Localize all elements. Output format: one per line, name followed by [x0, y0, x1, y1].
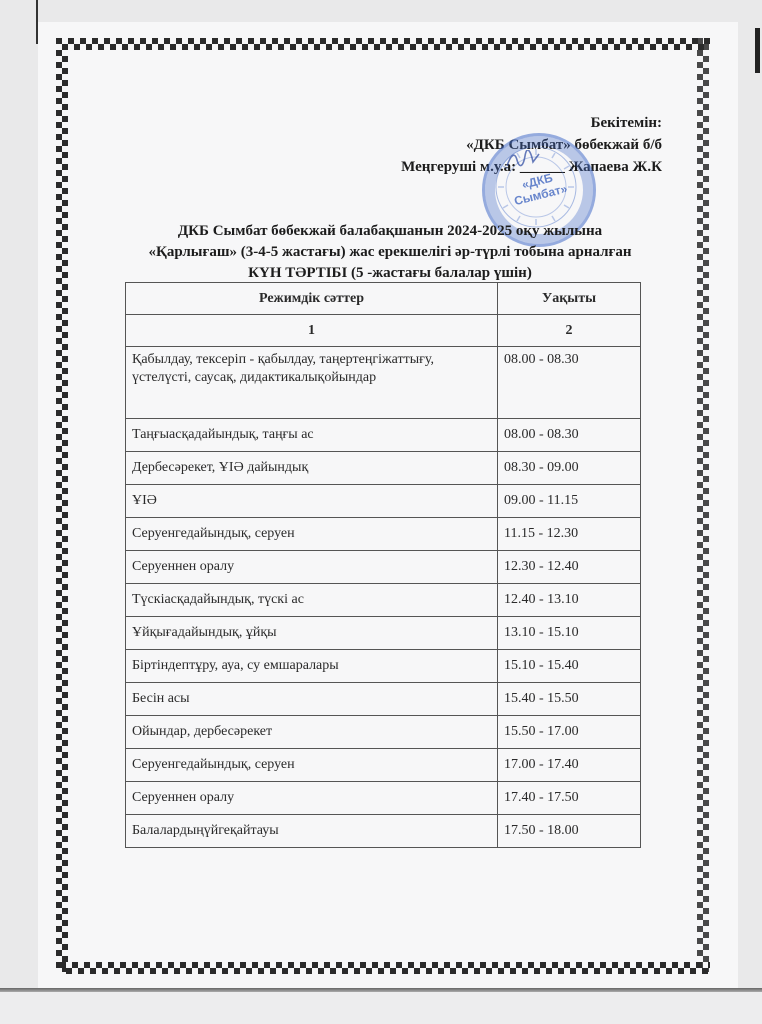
- activity-cell: Серуенгедайындық, серуен: [126, 518, 498, 551]
- activity-cell: Балалардыңүйгеқайтауы: [126, 815, 498, 848]
- scan-edge-left: [36, 0, 38, 44]
- table-row: Таңғыасқадайындық, таңғы ас08.00 - 08.30: [126, 419, 641, 452]
- table-row: Түскіасқадайындық, түскі ас12.40 - 13.10: [126, 584, 641, 617]
- table-row: Серуенгедайындық, серуен11.15 - 12.30: [126, 518, 641, 551]
- time-cell: 15.10 - 15.40: [498, 650, 641, 683]
- document-title: ДКБ Сымбат бөбекжай балабақшанын 2024-20…: [100, 221, 680, 284]
- checkered-border-bottom: [60, 962, 710, 974]
- checkered-border-left: [56, 38, 68, 972]
- title-line-3: КҮН ТӘРТІБІ (5 -жастағы балалар үшін): [100, 263, 680, 284]
- table-row: Серуеннен оралу12.30 - 12.40: [126, 551, 641, 584]
- scan-edge-right: [755, 28, 760, 73]
- checkered-border-top: [56, 38, 710, 50]
- time-cell: 08.00 - 08.30: [498, 419, 641, 452]
- activity-cell: Ұйқығадайындық, ұйқы: [126, 617, 498, 650]
- activity-cell: Серуеннен оралу: [126, 551, 498, 584]
- time-cell: 08.30 - 09.00: [498, 452, 641, 485]
- table-header-row: Режимдік сәттер Уақыты: [126, 283, 641, 315]
- table-row: ҰІӘ09.00 - 11.15: [126, 485, 641, 518]
- title-line-1: ДКБ Сымбат бөбекжай балабақшанын 2024-20…: [100, 221, 680, 242]
- table-row: Балалардыңүйгеқайтауы17.50 - 18.00: [126, 815, 641, 848]
- column-number-2: 2: [498, 315, 641, 347]
- activity-cell: Біртіндептұру, ауа, су емшаралары: [126, 650, 498, 683]
- activity-cell: Дербесәрекет, ҰІӘ дайындық: [126, 452, 498, 485]
- activity-cell: Бесін асы: [126, 683, 498, 716]
- activity-cell: ҰІӘ: [126, 485, 498, 518]
- table-row: Серуенгедайындық, серуен17.00 - 17.40: [126, 749, 641, 782]
- table-row: Ойындар, дербесәрекет15.50 - 17.00: [126, 716, 641, 749]
- time-cell: 15.40 - 15.50: [498, 683, 641, 716]
- column-number-row: 1 2: [126, 315, 641, 347]
- signature-icon: [505, 150, 541, 170]
- time-cell: 11.15 - 12.30: [498, 518, 641, 551]
- header-time: Уақыты: [498, 283, 641, 315]
- activity-cell: Таңғыасқадайындық, таңғы ас: [126, 419, 498, 452]
- scan-background: [0, 992, 762, 1024]
- activity-cell: Серуенгедайындық, серуен: [126, 749, 498, 782]
- time-cell: 12.30 - 12.40: [498, 551, 641, 584]
- time-cell: 13.10 - 15.10: [498, 617, 641, 650]
- title-line-2: «Қарлығаш» (3-4-5 жастағы) жас ерекшеліг…: [100, 242, 680, 263]
- time-cell: 17.40 - 17.50: [498, 782, 641, 815]
- activity-cell: Түскіасқадайындық, түскі ас: [126, 584, 498, 617]
- time-cell: 17.50 - 18.00: [498, 815, 641, 848]
- time-cell: 09.00 - 11.15: [498, 485, 641, 518]
- table-row: Біртіндептұру, ауа, су емшаралары15.10 -…: [126, 650, 641, 683]
- time-cell: 08.00 - 08.30: [498, 347, 641, 419]
- header-activity: Режимдік сәттер: [126, 283, 498, 315]
- activity-cell: Ойындар, дербесәрекет: [126, 716, 498, 749]
- approval-heading: Бекітемін:: [401, 112, 662, 134]
- table-row: Дербесәрекет, ҰІӘ дайындық08.30 - 09.00: [126, 452, 641, 485]
- table-row: Серуеннен оралу17.40 - 17.50: [126, 782, 641, 815]
- time-cell: 17.00 - 17.40: [498, 749, 641, 782]
- column-number-1: 1: [126, 315, 498, 347]
- activity-cell: Қабылдау, тексеріп - қабылдау, таңертеңг…: [126, 347, 498, 419]
- time-cell: 12.40 - 13.10: [498, 584, 641, 617]
- table-row: Ұйқығадайындық, ұйқы13.10 - 15.10: [126, 617, 641, 650]
- checkered-border-right: [697, 38, 709, 972]
- table-row: Бесін асы15.40 - 15.50: [126, 683, 641, 716]
- time-cell: 15.50 - 17.00: [498, 716, 641, 749]
- table-row: Қабылдау, тексеріп - қабылдау, таңертеңг…: [126, 347, 641, 419]
- daily-schedule-table: Режимдік сәттер Уақыты 1 2 Қабылдау, тек…: [125, 282, 641, 848]
- activity-cell: Серуеннен оралу: [126, 782, 498, 815]
